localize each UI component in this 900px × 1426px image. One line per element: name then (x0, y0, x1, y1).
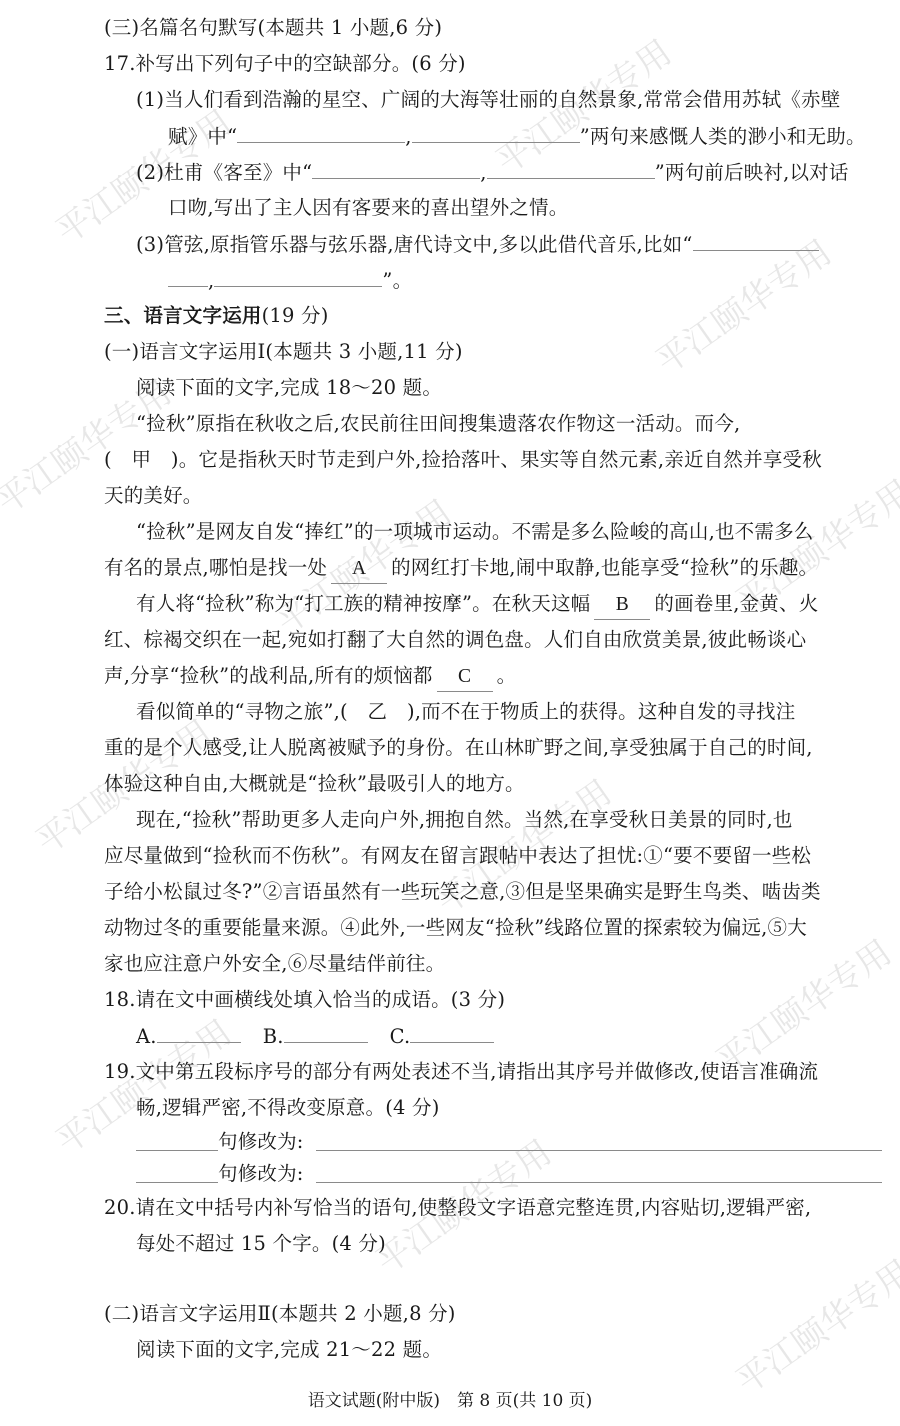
answer-blank[interactable] (412, 122, 580, 143)
q17-part1-prefix: 赋》中“ (168, 125, 237, 148)
q17-part3-line: (3)管弦,原指管乐器与弦乐器,唐代诗文中,多以此借代音乐,比如“ (136, 230, 819, 259)
passage-line: 有人将“捡秋”称为“打工族的精神按摩”。在秋天这幅B的画卷里,金黄、火 (136, 590, 818, 620)
answer-blank[interactable] (237, 122, 405, 143)
blank-c: C (437, 663, 493, 692)
q17-part2-suffix: ”两句前后映衬,以对话 (655, 161, 849, 184)
passage-line: 天的美好。 (104, 482, 203, 510)
q17-part1-blank-line: 赋》中“,”两句来感慨人类的渺小和无助。 (168, 122, 866, 151)
q17-part1-text: (1)当人们看到浩瀚的星空、广阔的大海等壮丽的自然景象,常常会借用苏轼《赤壁 (136, 86, 840, 114)
answer-blank[interactable] (312, 158, 480, 179)
section-3-title: 三、语言文字运用(19 分) (104, 302, 329, 330)
q17-part2-text: 口吻,写出了主人因有客要来的喜出望外之情。 (168, 194, 568, 222)
q18-answers: A.B.C. (136, 1022, 494, 1051)
answer-blank[interactable] (214, 266, 382, 287)
q17-part3-line2: ,”。 (168, 266, 412, 295)
revise-label: 句修改为: (218, 1160, 304, 1188)
passage-text: 的网红打卡地,闹中取静,也能享受“捡秋”的乐趣。 (391, 556, 818, 579)
section-3-title-text: 三、语言文字运用 (104, 304, 262, 327)
revise-label: 句修改为: (218, 1128, 304, 1156)
passage-text: 。 (497, 664, 517, 687)
passage-line: 动物过冬的重要能量来源。④此外,一些网友“捡秋”线路位置的探索较为偏远,⑤大 (104, 914, 807, 942)
passage-line: 子给小松鼠过冬?”②言语虽然有一些玩笑之意,③但是坚果确实是野生鸟类、啮齿类 (104, 878, 821, 906)
answer-blank-sentence-no[interactable] (136, 1182, 218, 1183)
question-20-title: 20.请在文中括号内补写恰当的语句,使整段文字语意完整连贯,内容贴切,逻辑严密, (104, 1194, 811, 1222)
passage-line: 应尽量做到“捡秋而不伤秋”。有网友在留言跟帖中表达了担忧:①“要不要留一些松 (104, 842, 811, 870)
question-20-title-cont: 每处不超过 15 个字。(4 分) (136, 1230, 386, 1258)
passage-line: 体验这种自由,大概就是“捡秋”最吸引人的地方。 (104, 770, 525, 798)
answer-blank-b[interactable] (284, 1022, 368, 1043)
blank-b: B (594, 591, 650, 620)
passage-line: 红、棕褐交织在一起,宛如打翻了大自然的调色盘。人们自由欣赏美景,彼此畅谈心 (104, 626, 806, 654)
answer-blank[interactable] (168, 266, 208, 287)
watermark: 平江颐华专用 (724, 1246, 900, 1403)
passage-line: 家也应注意户外安全,⑥尽量结伴前往。 (104, 950, 445, 978)
answer-blank-c[interactable] (410, 1022, 494, 1043)
reading-instruction: 阅读下面的文字,完成 21～22 题。 (136, 1336, 442, 1364)
passage-line: 现在,“捡秋”帮助更多人走向户外,拥抱自然。当然,在享受秋日美景的同时,也 (136, 806, 793, 834)
section-3-score: (19 分) (262, 304, 329, 327)
closing-quote: ”。 (382, 269, 412, 292)
subsection-2-title: (二)语言文字运用Ⅱ(本题共 2 小题,8 分) (104, 1300, 456, 1328)
label-c: C. (390, 1025, 411, 1048)
question-17-title: 17.补写出下列句子中的空缺部分。(6 分) (104, 50, 466, 78)
q17-part3-prefix: (3)管弦,原指管乐器与弦乐器,唐代诗文中,多以此借代音乐,比如“ (136, 233, 693, 256)
exam-page: 平江颐华专用 平江颐华专用 平江颐华专用 平江颐华专用 平江颐华专用 平江颐华专… (0, 0, 900, 1426)
question-19-title: 19.文中第五段标序号的部分有两处表述不当,请指出其序号并做修改,使语言准确流 (104, 1058, 818, 1086)
answer-blank[interactable] (487, 158, 655, 179)
label-a: A. (136, 1025, 157, 1048)
passage-line: “捡秋”是网友自发“捧红”的一项城市运动。不需是多么险峻的高山,也不需多么 (136, 518, 813, 546)
page-footer: 语文试题(附中版) 第 8 页(共 10 页) (0, 1386, 900, 1411)
passage-text: 的画卷里,金黄、火 (654, 592, 818, 615)
label-b: B. (263, 1025, 284, 1048)
answer-line-revision[interactable] (316, 1150, 882, 1151)
passage-line: 有名的景点,哪怕是找一处A的网红打卡地,闹中取静,也能享受“捡秋”的乐趣。 (104, 554, 818, 584)
answer-blank-a[interactable] (157, 1022, 241, 1043)
q17-part1-suffix: ”两句来感慨人类的渺小和无助。 (580, 125, 866, 148)
passage-line: 声,分享“捡秋”的战利品,所有的烦恼都C。 (104, 662, 516, 692)
passage-line: ( 甲 )。它是指秋天时节走到户外,捡拾落叶、果实等自然元素,亲近自然并享受秋 (104, 446, 822, 474)
blank-a: A (331, 555, 387, 584)
answer-blank[interactable] (693, 230, 819, 251)
reading-instruction: 阅读下面的文字,完成 18～20 题。 (136, 374, 442, 402)
passage-text: 有名的景点,哪怕是找一处 (104, 556, 327, 579)
passage-line: 重的是个人感受,让人脱离被赋予的身份。在山林旷野之间,享受独属于自己的时间, (104, 734, 813, 762)
passage-line: “捡秋”原指在秋收之后,农民前往田间搜集遗落农作物这一活动。而今, (136, 410, 740, 438)
section-heading: (三)名篇名句默写(本题共 1 小题,6 分) (104, 14, 442, 42)
q17-part2-prefix: (2)杜甫《客至》中“ (136, 161, 312, 184)
passage-line: 看似简单的“寻物之旅”,( 乙 ),而不在于物质上的获得。这种自发的寻找注 (136, 698, 795, 726)
answer-line-revision[interactable] (316, 1182, 882, 1183)
passage-text: 声,分享“捡秋”的战利品,所有的烦恼都 (104, 664, 433, 687)
passage-text: 有人将“捡秋”称为“打工族的精神按摩”。在秋天这幅 (136, 592, 590, 615)
subsection-1-title: (一)语言文字运用Ⅰ(本题共 3 小题,11 分) (104, 338, 463, 366)
answer-blank-sentence-no[interactable] (136, 1150, 218, 1151)
q17-part2-line: (2)杜甫《客至》中“,”两句前后映衬,以对话 (136, 158, 849, 187)
question-19-title-cont: 畅,逻辑严密,不得改变原意。(4 分) (136, 1094, 440, 1122)
question-18-title: 18.请在文中画横线处填入恰当的成语。(3 分) (104, 986, 505, 1014)
